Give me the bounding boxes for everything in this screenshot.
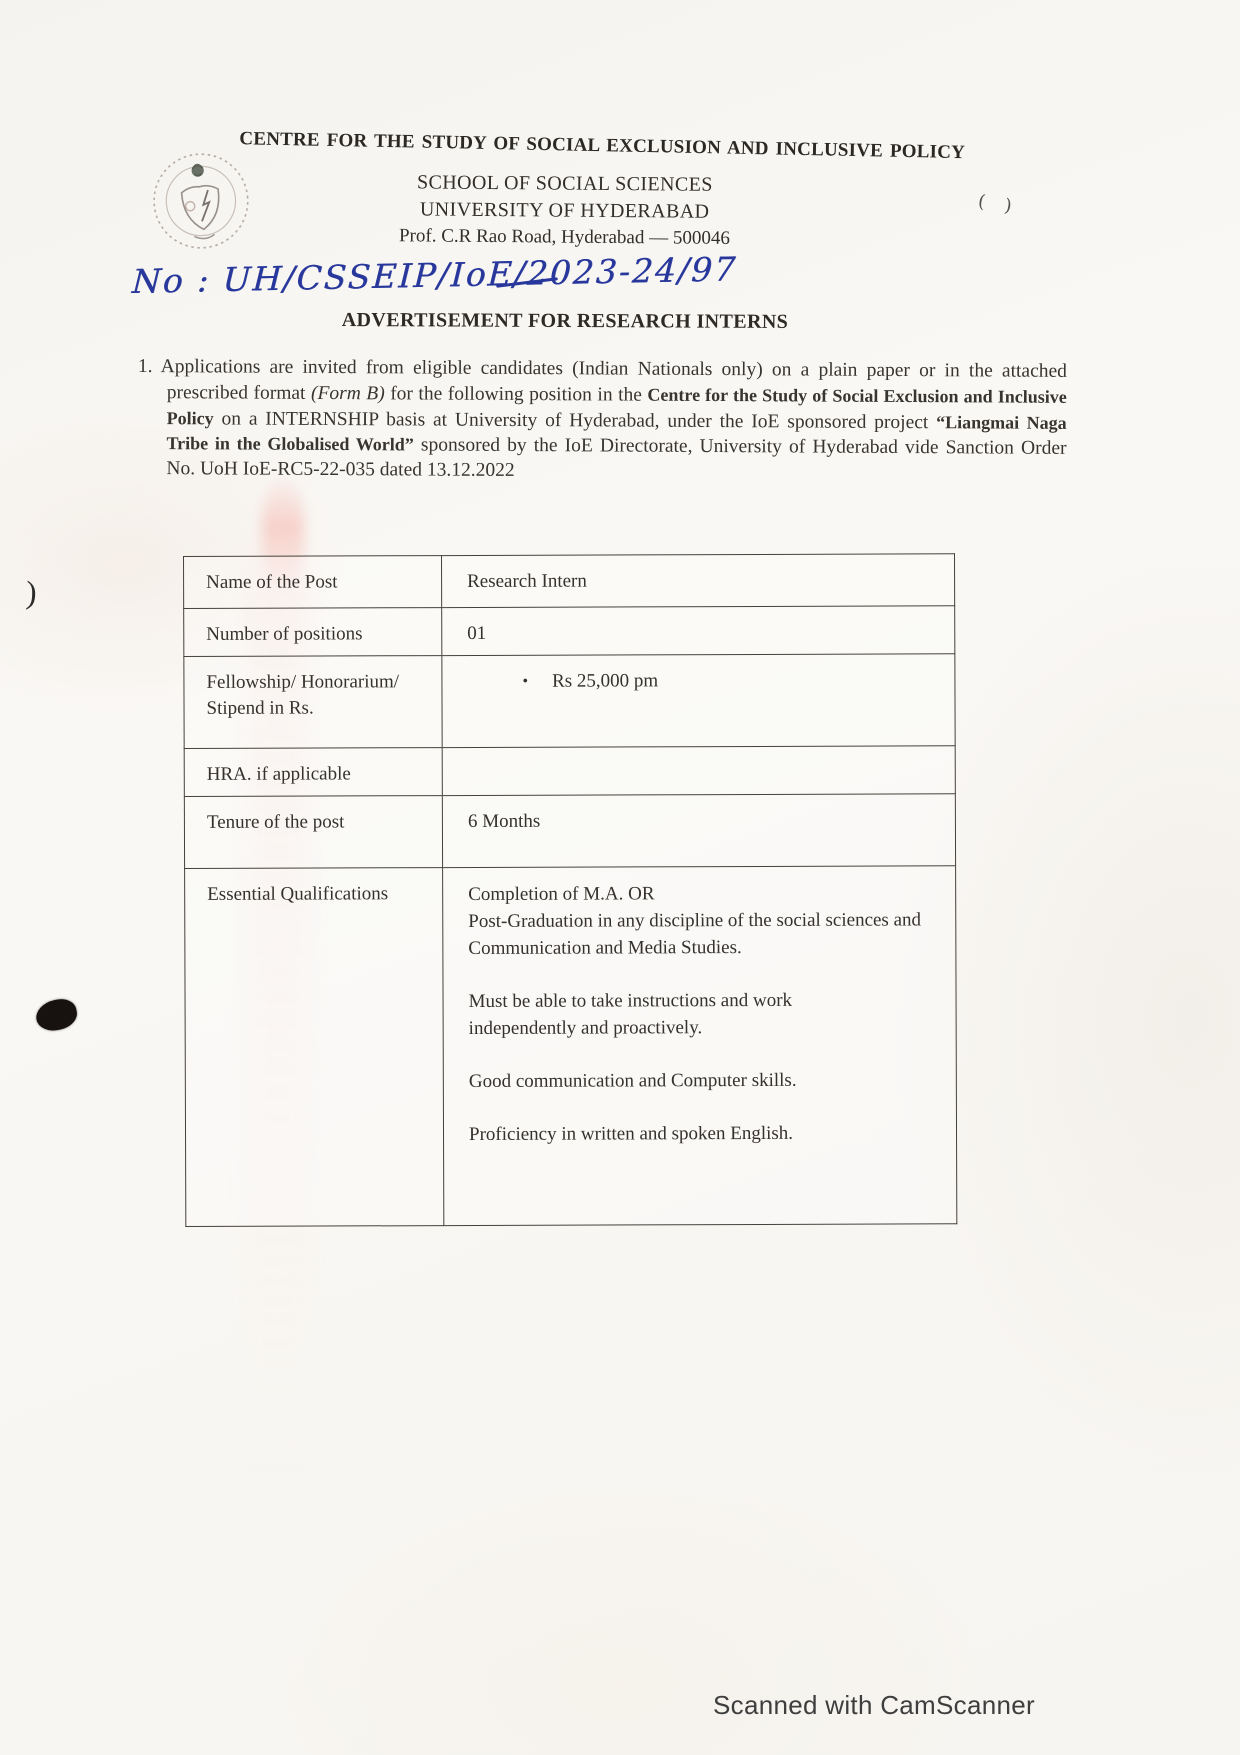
stray-mark-parenthesis: ) bbox=[25, 574, 38, 612]
post-details-table: Name of the Post Research Intern Number … bbox=[183, 553, 957, 1227]
paragraph-text: on a INTERNSHIP basis at University of H… bbox=[221, 408, 928, 433]
table-row: HRA. if applicable bbox=[184, 746, 955, 797]
scanned-document-page: CENTRE FOR THE STUDY OF SOCIAL EXCLUSION… bbox=[0, 0, 1240, 1755]
row-value: 01 bbox=[442, 606, 955, 656]
qualification-line: Proficiency in written and spoken Englis… bbox=[469, 1119, 944, 1148]
table-row: Essential Qualifications Completion of M… bbox=[185, 866, 957, 1227]
paragraph-text: for the following position in the bbox=[390, 383, 642, 405]
bullet-item: • Rs 25,000 pm bbox=[522, 667, 942, 694]
bullet-icon: • bbox=[522, 669, 528, 695]
table-row: Number of positions 01 bbox=[184, 606, 955, 657]
row-value-cell: Completion of M.A. OR Post-Graduation in… bbox=[443, 866, 957, 1226]
row-value: 6 Months bbox=[442, 794, 955, 868]
row-label: Name of the Post bbox=[184, 556, 442, 609]
row-label: Number of positions bbox=[184, 608, 442, 657]
row-label: Fellowship/ Honorarium/ Stipend in Rs. bbox=[184, 656, 442, 749]
paragraph-text-italic: (Form B) bbox=[311, 383, 385, 404]
ink-blot bbox=[33, 996, 79, 1034]
row-value: Rs 25,000 pm bbox=[552, 668, 658, 694]
row-value: Research Intern bbox=[442, 554, 955, 608]
row-label: Essential Qualifications bbox=[185, 868, 444, 1227]
row-value bbox=[442, 746, 955, 796]
table-row: Tenure of the post 6 Months bbox=[184, 794, 955, 869]
org-name: CENTRE FOR THE STUDY OF SOCIAL EXCLUSION… bbox=[230, 128, 975, 164]
document-title: ADVERTISEMENT FOR RESEARCH INTERNS bbox=[235, 309, 895, 335]
qualification-line: Good communication and Computer skills. bbox=[469, 1066, 944, 1095]
row-label: HRA. if applicable bbox=[184, 748, 442, 797]
address-line: Prof. C.R Rao Road, Hyderabad — 500046 bbox=[234, 222, 894, 253]
handwritten-mark: ( ) bbox=[977, 191, 1021, 218]
qualification-line: Completion of M.A. OR bbox=[468, 879, 943, 908]
header-block: SCHOOL OF SOCIAL SCIENCES UNIVERSITY OF … bbox=[234, 168, 895, 253]
qualification-line: Post-Graduation in any discipline of the… bbox=[468, 906, 943, 962]
intro-paragraph: 1. Applications are invited from eligibl… bbox=[137, 355, 1067, 487]
camscanner-watermark: Scanned with CamScanner bbox=[713, 1690, 1035, 1721]
table-row: Fellowship/ Honorarium/ Stipend in Rs. •… bbox=[184, 654, 955, 749]
row-label: Tenure of the post bbox=[184, 796, 442, 869]
qualification-line: Must be able to take instructions and wo… bbox=[469, 987, 869, 1042]
table-row: Name of the Post Research Intern bbox=[184, 554, 955, 609]
list-number: 1. bbox=[138, 356, 153, 377]
row-value-cell: • Rs 25,000 pm bbox=[442, 654, 955, 748]
reference-number-handwritten: No : UH/CSSEIP/IoE/2023-24/97 bbox=[131, 249, 738, 301]
